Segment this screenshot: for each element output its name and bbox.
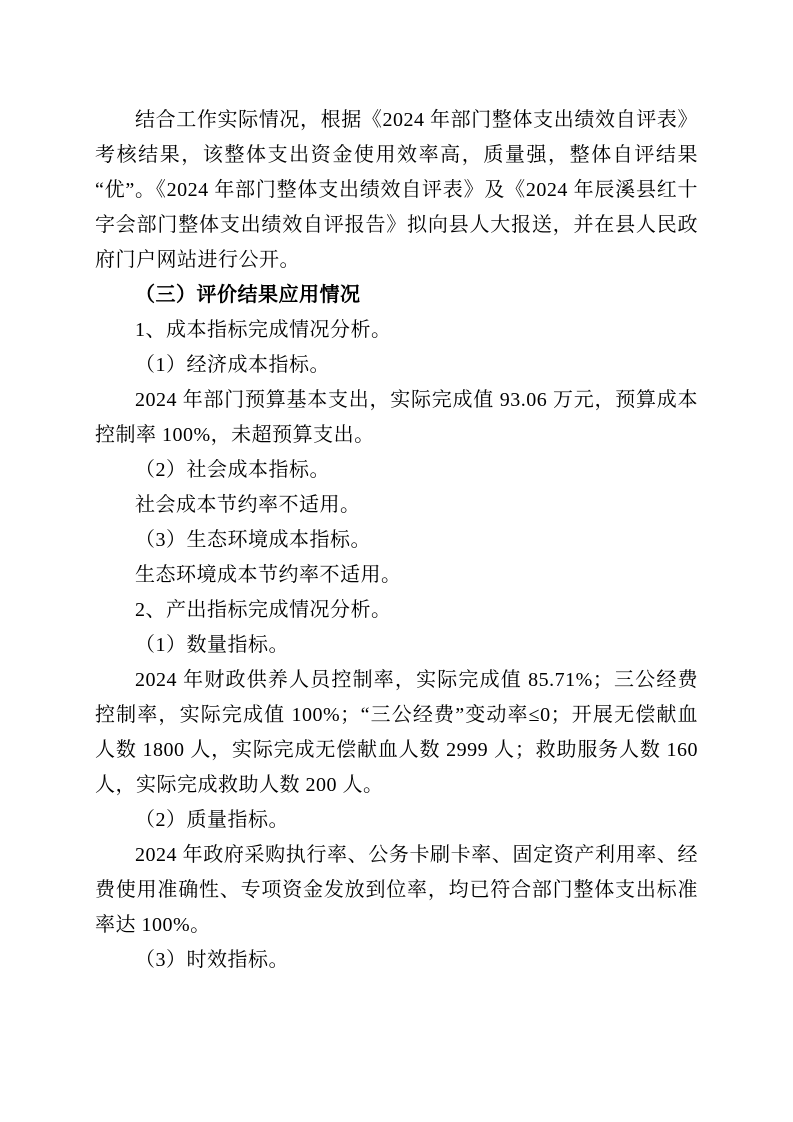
paragraph: （1）经济成本指标。	[95, 348, 698, 383]
paragraph: 1、成本指标完成情况分析。	[95, 313, 698, 348]
paragraph: 2024 年部门预算基本支出，实际完成值 93.06 万元，预算成本控制率 10…	[95, 383, 698, 453]
paragraph: （1）数量指标。	[95, 628, 698, 663]
document-page: 结合工作实际情况，根据《2024 年部门整体支出绩效自评表》考核结果，该整体支出…	[0, 0, 793, 1122]
paragraph: 2、产出指标完成情况分析。	[95, 593, 698, 628]
paragraph: 结合工作实际情况，根据《2024 年部门整体支出绩效自评表》考核结果，该整体支出…	[95, 103, 698, 278]
paragraph: 2024 年财政供养人员控制率，实际完成值 85.71%；三公经费控制率，实际完…	[95, 663, 698, 803]
section-heading: （三）评价结果应用情况	[95, 278, 698, 313]
paragraph: （3）生态环境成本指标。	[95, 523, 698, 558]
paragraph: （2）社会成本指标。	[95, 453, 698, 488]
paragraph: （2）质量指标。	[95, 803, 698, 838]
document-content: 结合工作实际情况，根据《2024 年部门整体支出绩效自评表》考核结果，该整体支出…	[95, 103, 698, 978]
paragraph: （3）时效指标。	[95, 943, 698, 978]
paragraph: 生态环境成本节约率不适用。	[95, 558, 698, 593]
paragraph: 社会成本节约率不适用。	[95, 488, 698, 523]
paragraph: 2024 年政府采购执行率、公务卡刷卡率、固定资产利用率、经费使用准确性、专项资…	[95, 838, 698, 943]
